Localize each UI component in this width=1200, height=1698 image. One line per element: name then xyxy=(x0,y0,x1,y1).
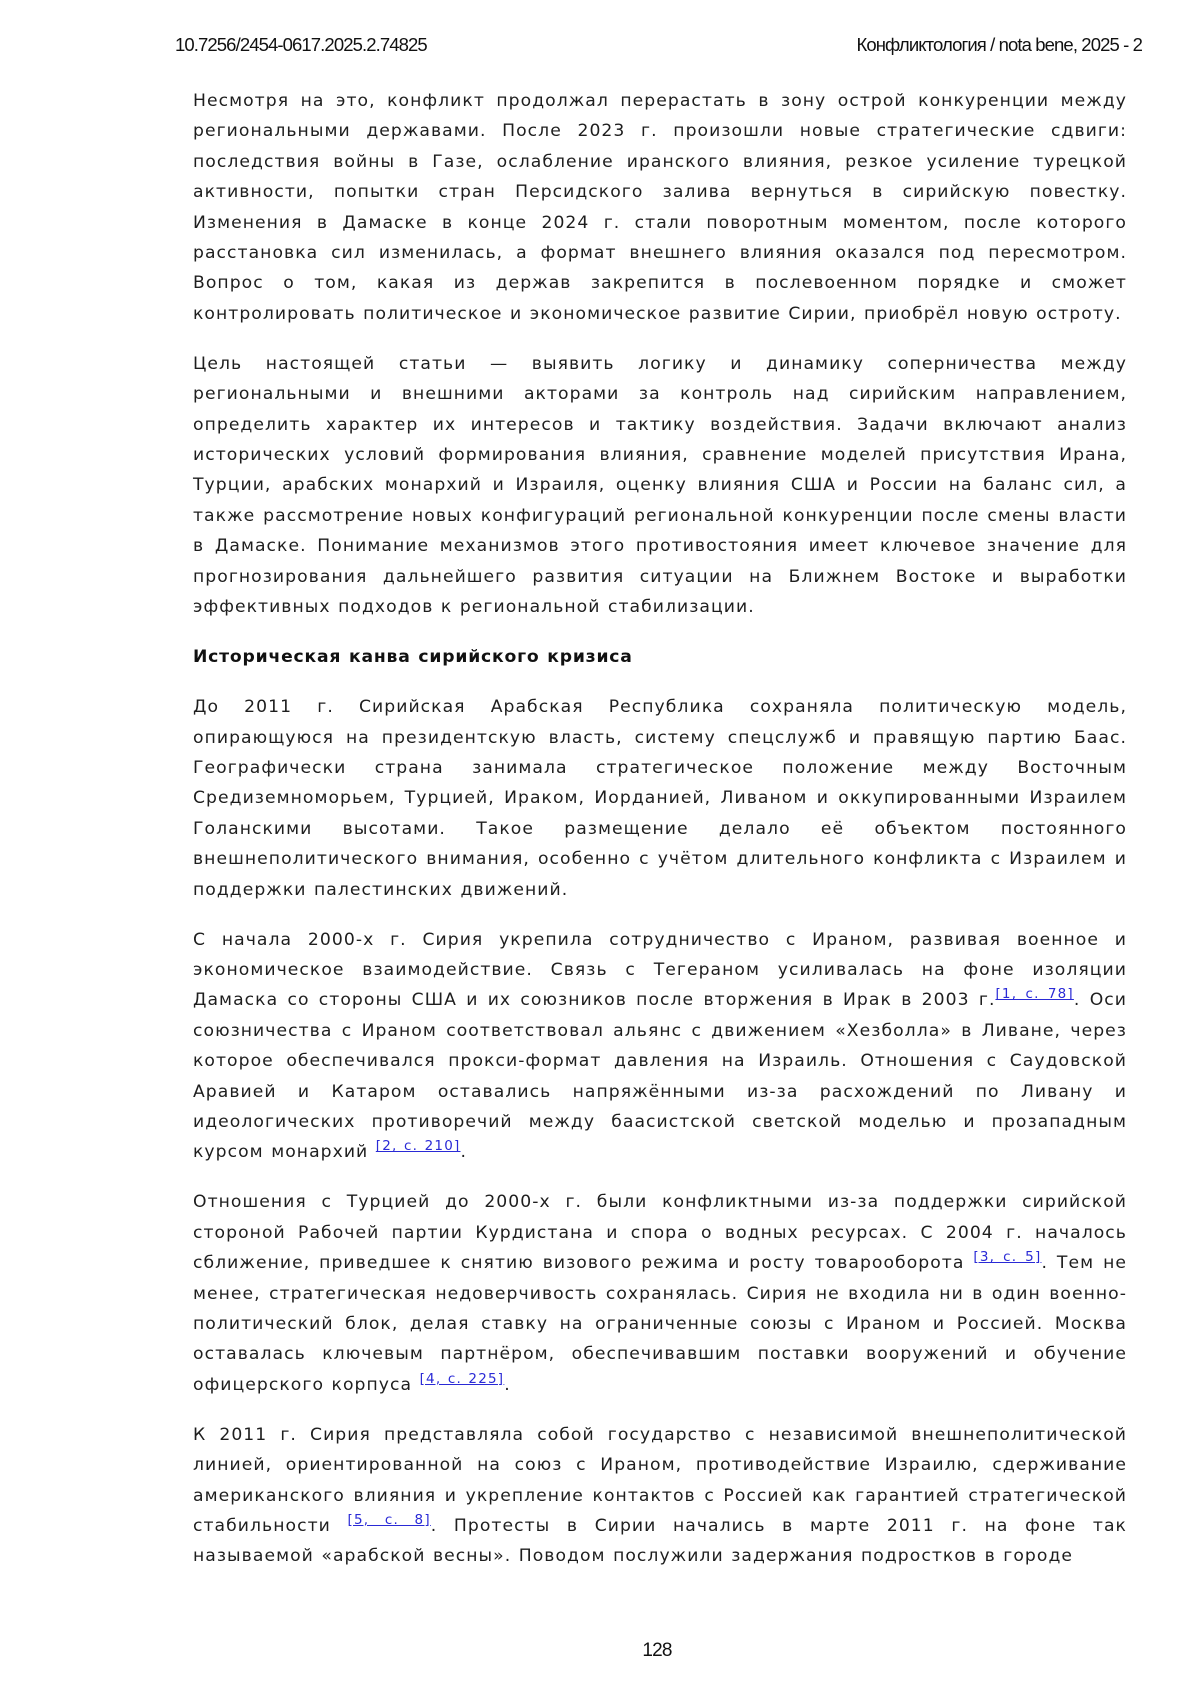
paragraph: Несмотря на это, конфликт продолжал пере… xyxy=(193,86,1127,329)
paragraph-text: . xyxy=(460,1142,467,1162)
paragraph-text: . Оси союзничества с Ираном соответствов… xyxy=(193,990,1127,1162)
citation-link[interactable]: [5, с. 8] xyxy=(347,1512,430,1528)
paragraph: До 2011 г. Сирийская Арабская Республика… xyxy=(193,692,1127,905)
journal-label: Конфликтология / nota bene, 2025 - 2 xyxy=(856,34,1142,56)
running-header: 10.7256/2454-0617.2025.2.74825 Конфликто… xyxy=(175,34,1142,60)
intro-paragraphs: Несмотря на это, конфликт продолжал пере… xyxy=(193,86,1127,623)
section-paragraphs: До 2011 г. Сирийская Арабская Республика… xyxy=(193,692,1127,1572)
page-number: 128 xyxy=(0,1640,1200,1662)
citation-link[interactable]: [1, с. 78] xyxy=(995,986,1073,1002)
paragraph-text: Несмотря на это, конфликт продолжал пере… xyxy=(193,91,1127,324)
section-heading: Историческая канва сирийского кризиса xyxy=(193,642,1127,672)
citation-link[interactable]: [4, с. 225] xyxy=(420,1371,505,1387)
paragraph: Отношения с Турцией до 2000-х г. были ко… xyxy=(193,1187,1127,1400)
paragraph: К 2011 г. Сирия представляла собой госуд… xyxy=(193,1420,1127,1572)
doi-label: 10.7256/2454-0617.2025.2.74825 xyxy=(175,34,427,56)
paragraph-text: . xyxy=(504,1375,511,1395)
paragraph-text: Цель настоящей статьи — выявить логику и… xyxy=(193,354,1127,617)
citation-link[interactable]: [2, с. 210] xyxy=(376,1138,461,1154)
paragraph-text: С начала 2000-х г. Сирия укрепила сотруд… xyxy=(193,930,1127,1011)
paragraph: Цель настоящей статьи — выявить логику и… xyxy=(193,349,1127,623)
citation-link[interactable]: [3, с. 5] xyxy=(973,1249,1041,1265)
paragraph-text: До 2011 г. Сирийская Арабская Республика… xyxy=(193,697,1127,899)
article-body: Несмотря на это, конфликт продолжал пере… xyxy=(193,86,1127,1591)
paragraph: С начала 2000-х г. Сирия укрепила сотруд… xyxy=(193,925,1127,1168)
paragraph-text: . Тем не менее, стратегическая недоверчи… xyxy=(193,1253,1127,1395)
